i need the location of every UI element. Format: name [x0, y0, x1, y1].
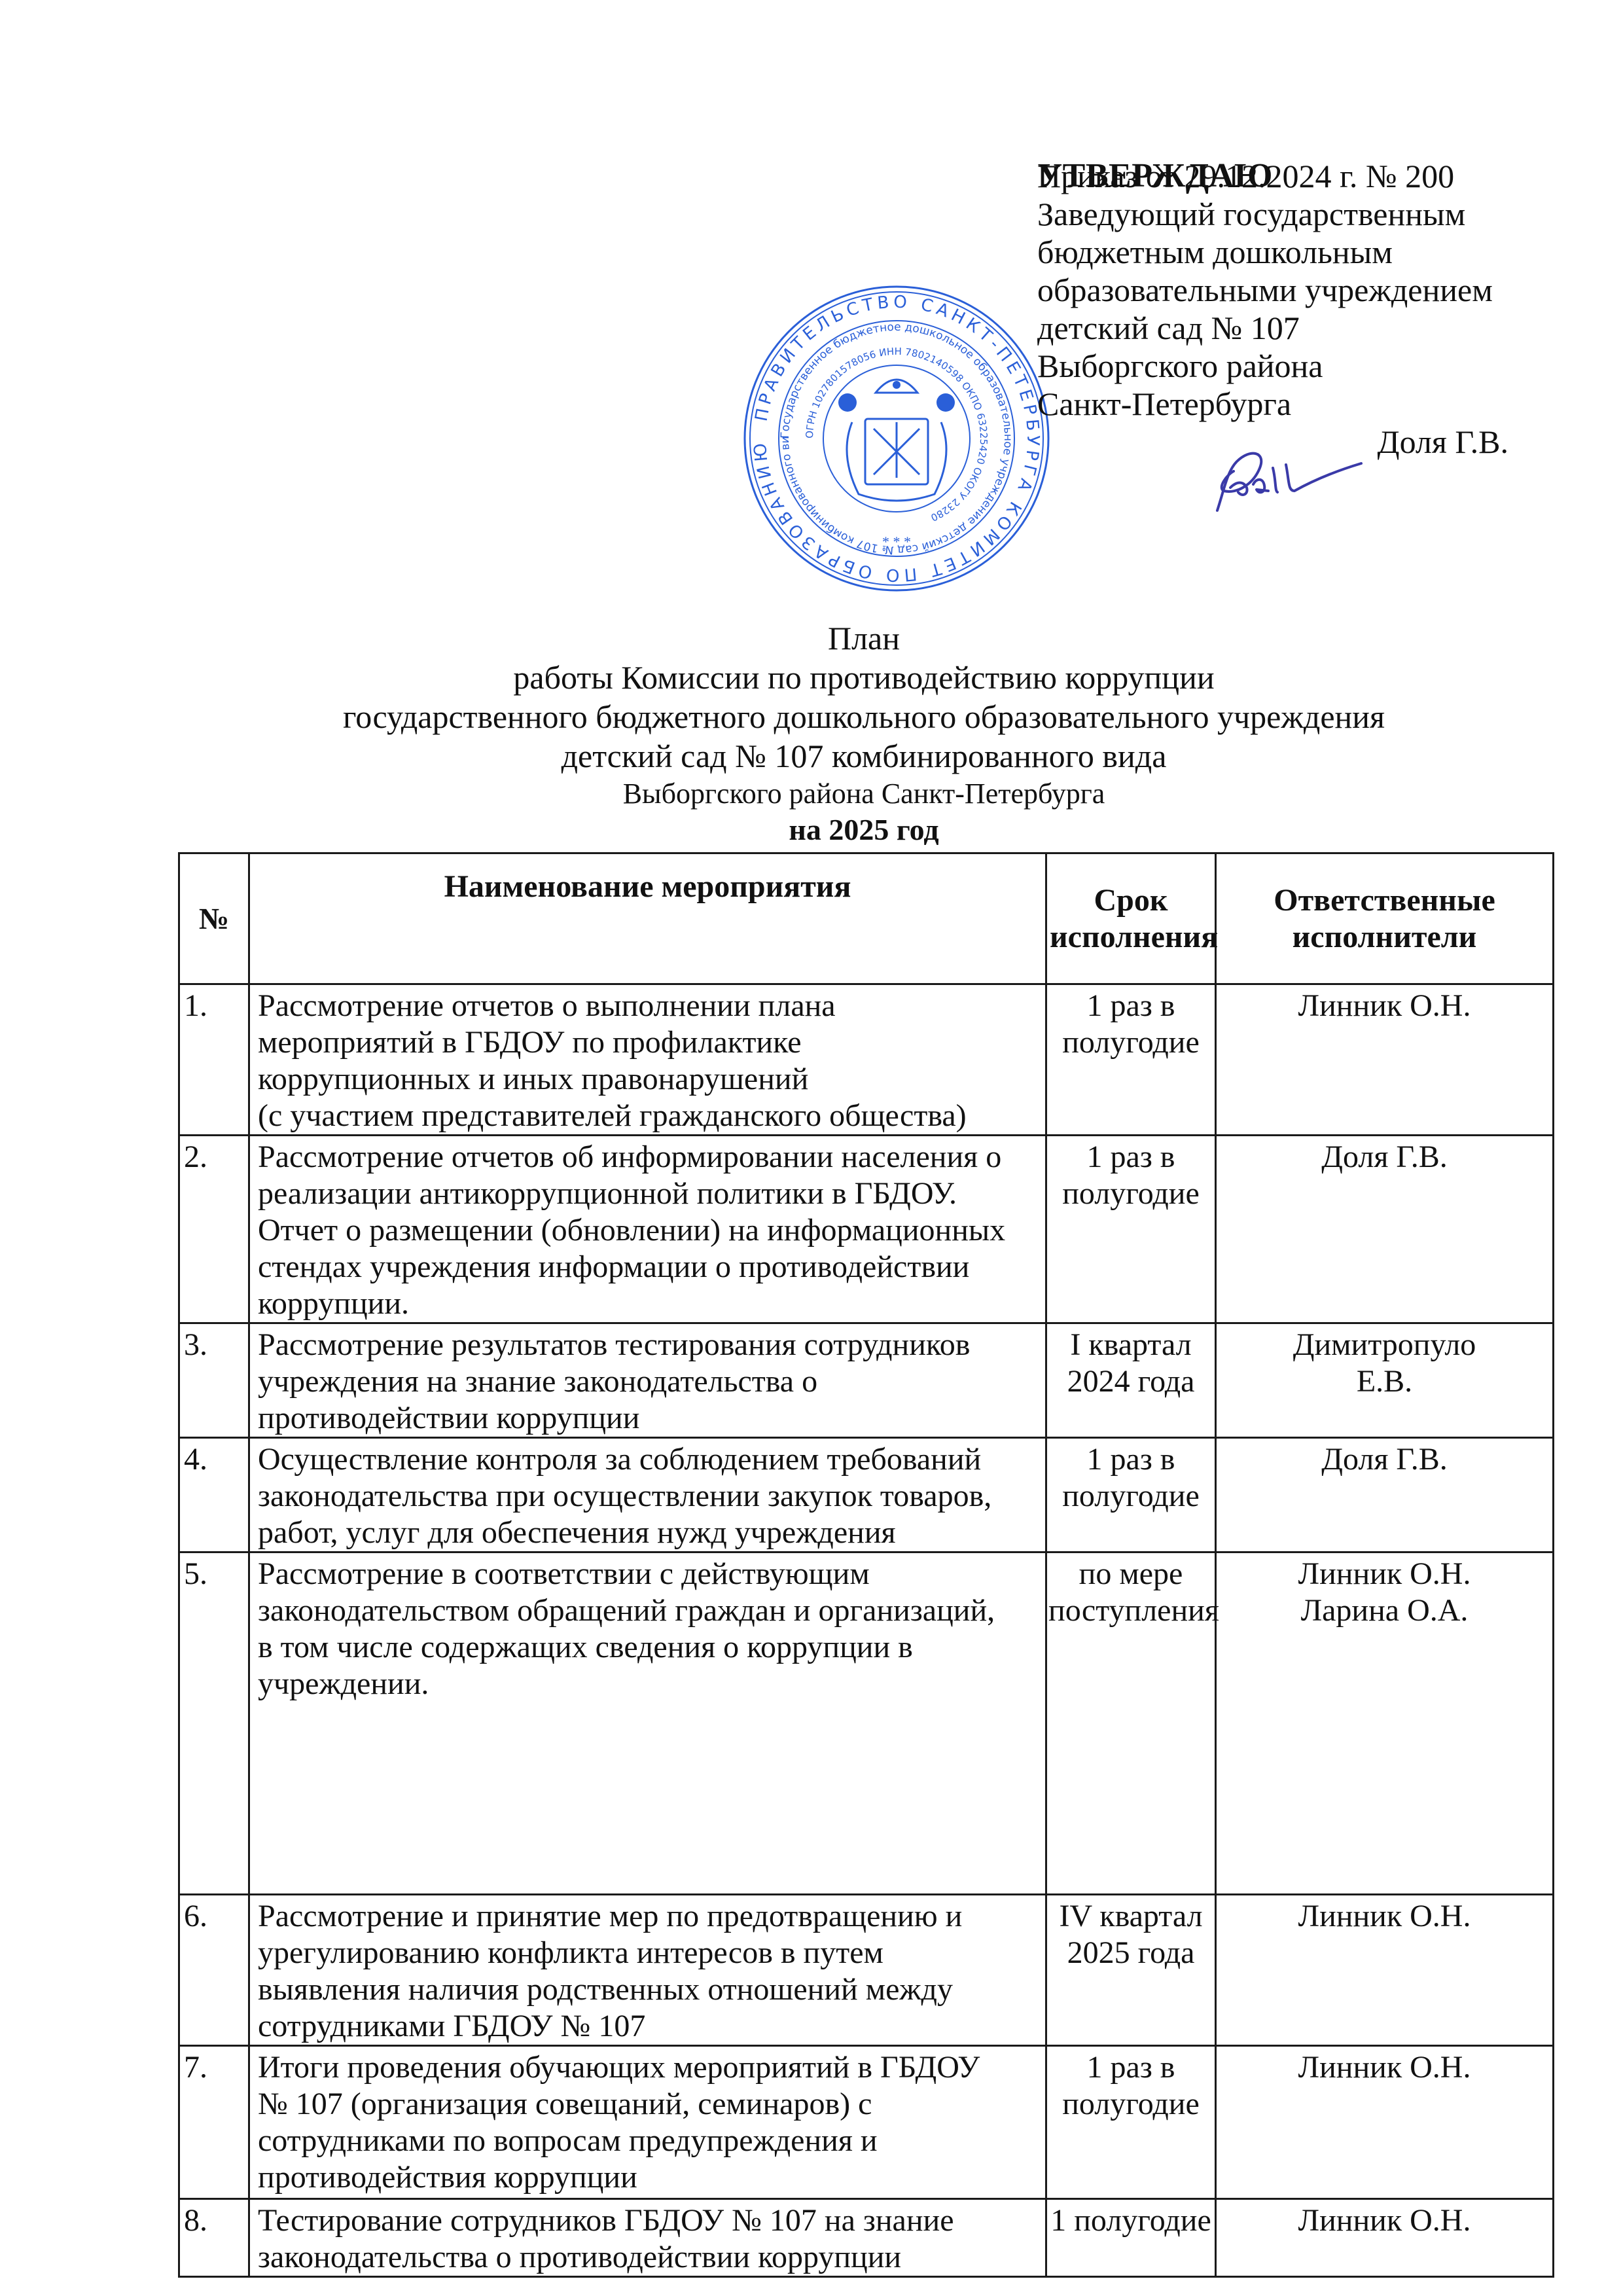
- row-deadline: IV квартал 2025 года: [1046, 1895, 1216, 2046]
- header-event-name: Наименование мероприятия: [249, 853, 1046, 984]
- title-line: государственного бюджетного дошкольного …: [164, 697, 1564, 736]
- row-deadline: 1 полугодие: [1046, 2199, 1216, 2277]
- row-number: 3.: [179, 1323, 249, 1438]
- row-responsible: Димитропуло Е.В.: [1216, 1323, 1554, 1438]
- title-line: работы Комиссии по противодействию корру…: [164, 658, 1564, 697]
- row-responsible: Линник О.Н.: [1216, 1895, 1554, 2046]
- header-number: №: [179, 853, 249, 984]
- row-event-name: Тестирование сотрудников ГБДОУ № 107 на …: [249, 2199, 1046, 2277]
- svg-text:* * *: * * *: [882, 533, 911, 550]
- row-number: 4.: [179, 1438, 249, 1552]
- handwritten-signature-icon: [1191, 445, 1368, 517]
- approval-line: Санкт-Петербурга: [1037, 385, 1561, 423]
- row-event-name: Рассмотрение отчетов об информировании н…: [249, 1136, 1046, 1323]
- title-plan: План: [164, 619, 1564, 658]
- row-deadline: по мере поступления: [1046, 1552, 1216, 1895]
- row-event-name: Осуществление контроля за соблюдением тр…: [249, 1438, 1046, 1552]
- row-event-name: Рассмотрение отчетов о выполнении плана …: [249, 984, 1046, 1136]
- approval-block: УТВЕРЖДАЮ Заведующий государственным бюд…: [1037, 157, 1561, 462]
- row-event-name: Рассмотрение и принятие мер по предотвра…: [249, 1895, 1046, 2046]
- order-reference: Приказ от 29.12.2024 г. № 200: [1037, 157, 1561, 195]
- approval-line: детский сад № 107: [1037, 309, 1561, 347]
- table-row: 6. Рассмотрение и принятие мер по предот…: [179, 1895, 1554, 2046]
- document-page: ПРАВИТЕЛЬСТВО САНКТ-ПЕТЕРБУРГА КОМИТЕТ П…: [0, 0, 1623, 2296]
- document-title: План работы Комиссии по противодействию …: [164, 619, 1564, 848]
- row-number: 8.: [179, 2199, 249, 2277]
- row-responsible: Линник О.Н. Ларина О.А.: [1216, 1552, 1554, 1895]
- row-number: 2.: [179, 1136, 249, 1323]
- table-row: 1. Рассмотрение отчетов о выполнении пла…: [179, 984, 1554, 1136]
- row-deadline: 1 раз в полугодие: [1046, 1438, 1216, 1552]
- row-responsible: Линник О.Н.: [1216, 2046, 1554, 2199]
- row-event-name: Рассмотрение результатов тестирования со…: [249, 1323, 1046, 1438]
- table-row: 4. Осуществление контроля за соблюдением…: [179, 1438, 1554, 1552]
- header-deadline: Срок исполнения: [1046, 853, 1216, 984]
- row-responsible: Доля Г.В.: [1216, 1438, 1554, 1552]
- row-event-name: Рассмотрение в соответствии с действующи…: [249, 1552, 1046, 1895]
- approval-line: Выборгского района: [1037, 347, 1561, 385]
- row-responsible: Доля Г.В.: [1216, 1136, 1554, 1323]
- table-row: 2. Рассмотрение отчетов об информировани…: [179, 1136, 1554, 1323]
- row-deadline: 1 раз в полугодие: [1046, 2046, 1216, 2199]
- table-row: 8. Тестирование сотрудников ГБДОУ № 107 …: [179, 2199, 1554, 2277]
- table-header-row: № Наименование мероприятия Срок исполнен…: [179, 853, 1554, 984]
- row-event-name: Итоги проведения обучающих мероприятий в…: [249, 2046, 1046, 2199]
- approval-line: бюджетным дошкольным: [1037, 233, 1561, 271]
- row-deadline: 1 раз в полугодие: [1046, 1136, 1216, 1323]
- row-responsible: Линник О.Н.: [1216, 984, 1554, 1136]
- row-responsible: Линник О.Н.: [1216, 2199, 1554, 2277]
- row-number: 1.: [179, 984, 249, 1136]
- official-seal-stamp-icon: ПРАВИТЕЛЬСТВО САНКТ-ПЕТЕРБУРГА КОМИТЕТ П…: [740, 281, 1054, 596]
- table-row: 7. Итоги проведения обучающих мероприяти…: [179, 2046, 1554, 2199]
- row-deadline: 1 раз в полугодие: [1046, 984, 1216, 1136]
- row-number: 7.: [179, 2046, 249, 2199]
- header-responsible: Ответственные исполнители: [1216, 853, 1554, 984]
- signer-name: Доля Г.В.: [1377, 423, 1508, 461]
- title-line: детский сад № 107 комбинированного вида: [164, 736, 1564, 776]
- row-deadline: I квартал 2024 года: [1046, 1323, 1216, 1438]
- table-row: 5. Рассмотрение в соответствии с действу…: [179, 1552, 1554, 1895]
- approval-line: Заведующий государственным: [1037, 195, 1561, 233]
- table-row: 3. Рассмотрение результатов тестирования…: [179, 1323, 1554, 1438]
- row-number: 5.: [179, 1552, 249, 1895]
- title-line: Выборгского района Санкт-Петербурга: [164, 776, 1564, 812]
- title-year: на 2025 год: [164, 812, 1564, 848]
- plan-table: № Наименование мероприятия Срок исполнен…: [178, 852, 1554, 2278]
- row-number: 6.: [179, 1895, 249, 2046]
- approval-line: образовательными учреждением: [1037, 271, 1561, 309]
